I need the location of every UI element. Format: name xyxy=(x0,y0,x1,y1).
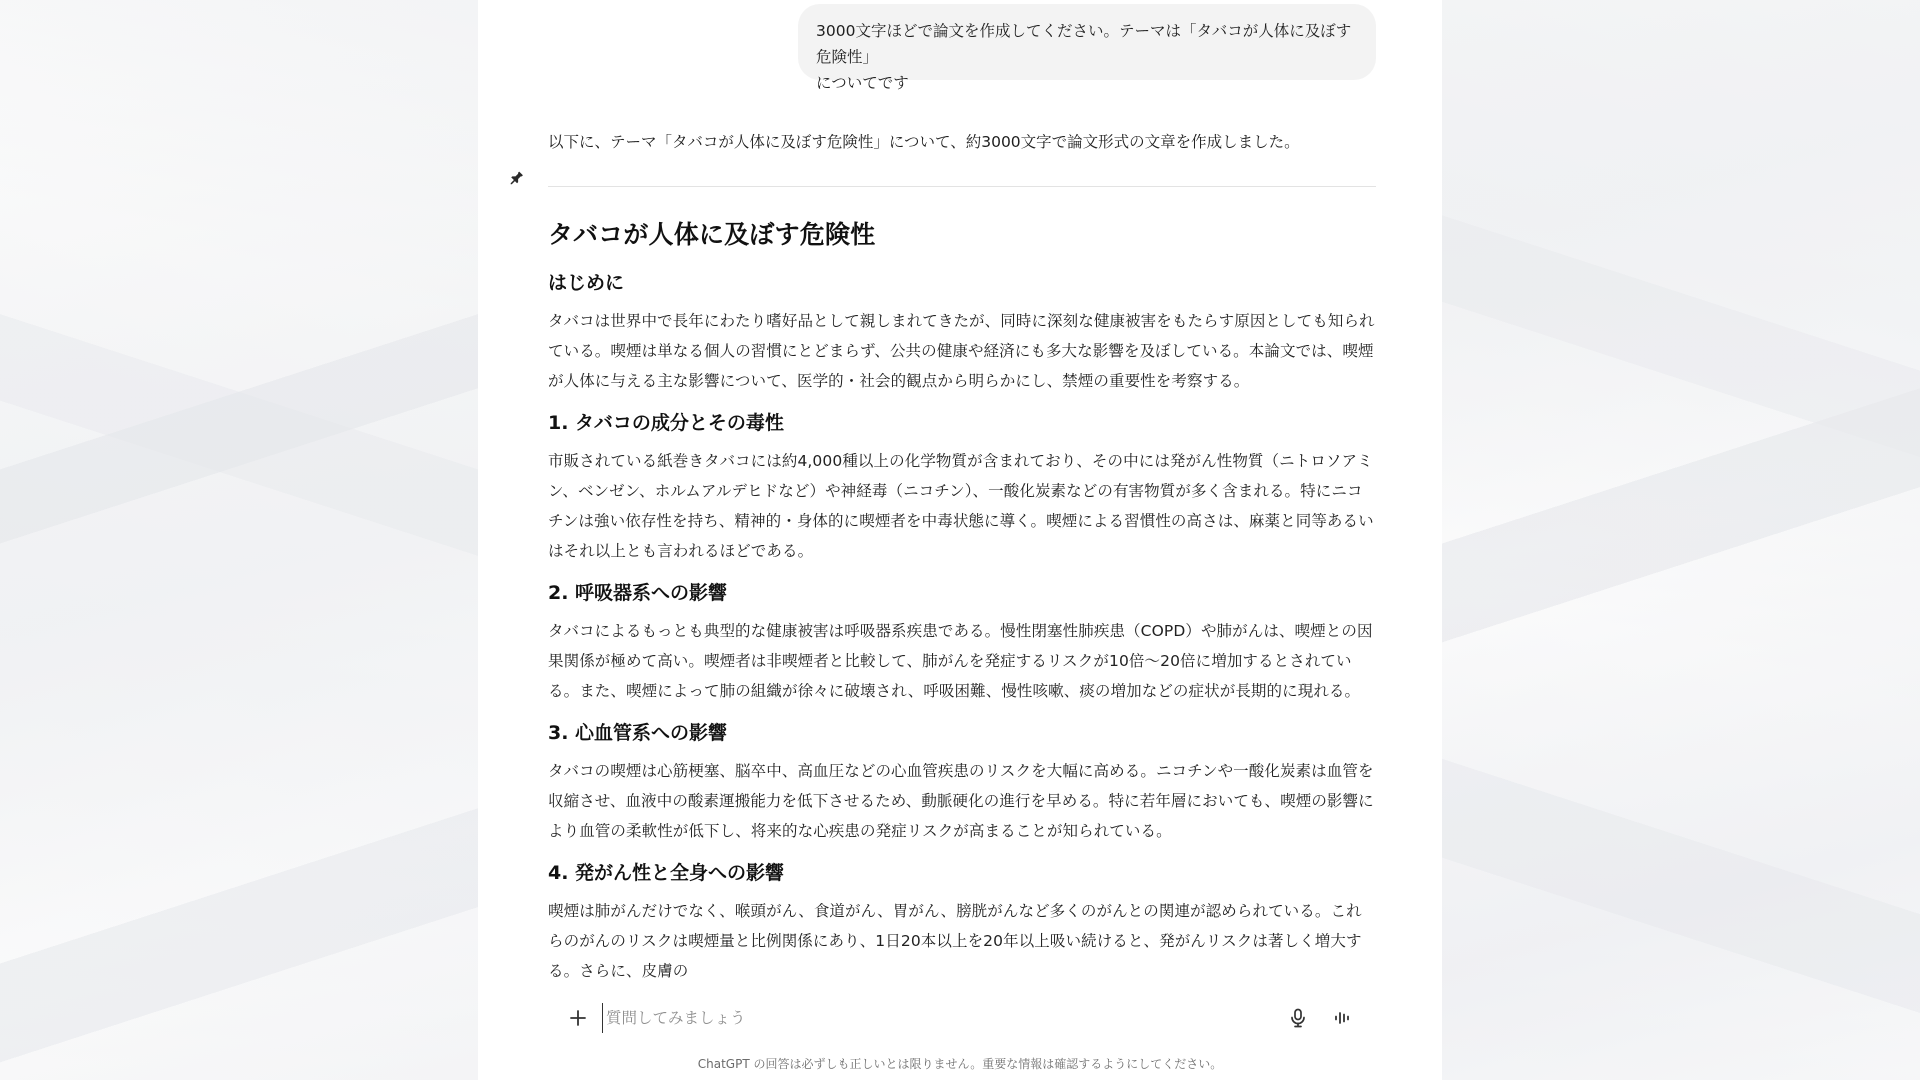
add-attachment-button[interactable] xyxy=(562,1002,594,1034)
voice-mode-button[interactable] xyxy=(1326,1002,1358,1034)
voice-waveform-icon xyxy=(1333,1009,1351,1027)
section-body-2: タバコによるもっとも典型的な健康被害は呼吸器系疾患である。慢性閉塞性肺疾患（CO… xyxy=(548,616,1376,706)
assistant-message: 以下に、テーマ「タバコが人体に及ぼす危険性」について、約3000文字で論文形式の… xyxy=(548,128,1376,156)
section-heading-2: 2. 呼吸器系への影響 xyxy=(548,578,1376,608)
microphone-icon xyxy=(1289,1008,1307,1028)
background-pattern-left xyxy=(0,0,478,1080)
section-body-3: タバコの喫煙は心筋梗塞、脳卒中、高血圧などの心血管疾患のリスクを大幅に高める。ニ… xyxy=(548,756,1376,846)
section-heading-4: 4. 発がん性と全身への影響 xyxy=(548,858,1376,888)
pushpin-icon[interactable] xyxy=(507,170,525,188)
article-title: タバコが人体に及ぼす危険性 xyxy=(548,214,1376,256)
user-message-bubble: 3000文字ほどで論文を作成してください。テーマは「タバコが人体に及ぼす危険性」… xyxy=(798,4,1376,80)
user-message-line-1: 3000文字ほどで論文を作成してください。テーマは「タバコが人体に及ぼす危険性」 xyxy=(816,18,1358,70)
article: タバコが人体に及ぼす危険性 はじめに タバコは世界中で長年にわたり嗜好品として親… xyxy=(548,214,1376,994)
section-heading-3: 3. 心血管系への影響 xyxy=(548,718,1376,748)
section-body-4: 喫煙は肺がんだけでなく、喉頭がん、食道がん、胃がん、膀胱がんなど多くのがんとの関… xyxy=(548,896,1376,986)
user-message-line-2: についてです xyxy=(816,70,1358,96)
section-body-1: 市販されている紙巻きタバコには約4,000種以上の化学物質が含まれており、その中… xyxy=(548,446,1376,566)
assistant-intro: 以下に、テーマ「タバコが人体に及ぼす危険性」について、約3000文字で論文形式の… xyxy=(548,128,1376,156)
section-body-intro: タバコは世界中で長年にわたり嗜好品として親しまれてきたが、同時に深刻な健康被害を… xyxy=(548,306,1376,396)
section-divider xyxy=(548,186,1376,187)
plus-icon xyxy=(569,1009,587,1027)
background-pattern-right xyxy=(1442,0,1920,1080)
section-heading-1: 1. タバコの成分とその毒性 xyxy=(548,408,1376,438)
disclaimer-text: ChatGPT の回答は必ずしも正しいとは限りません。重要な情報は確認するように… xyxy=(478,1055,1442,1073)
prompt-input[interactable] xyxy=(602,1003,1282,1033)
dictate-button[interactable] xyxy=(1282,1002,1314,1034)
message-composer xyxy=(548,996,1376,1040)
section-heading-intro: はじめに xyxy=(548,268,1376,298)
